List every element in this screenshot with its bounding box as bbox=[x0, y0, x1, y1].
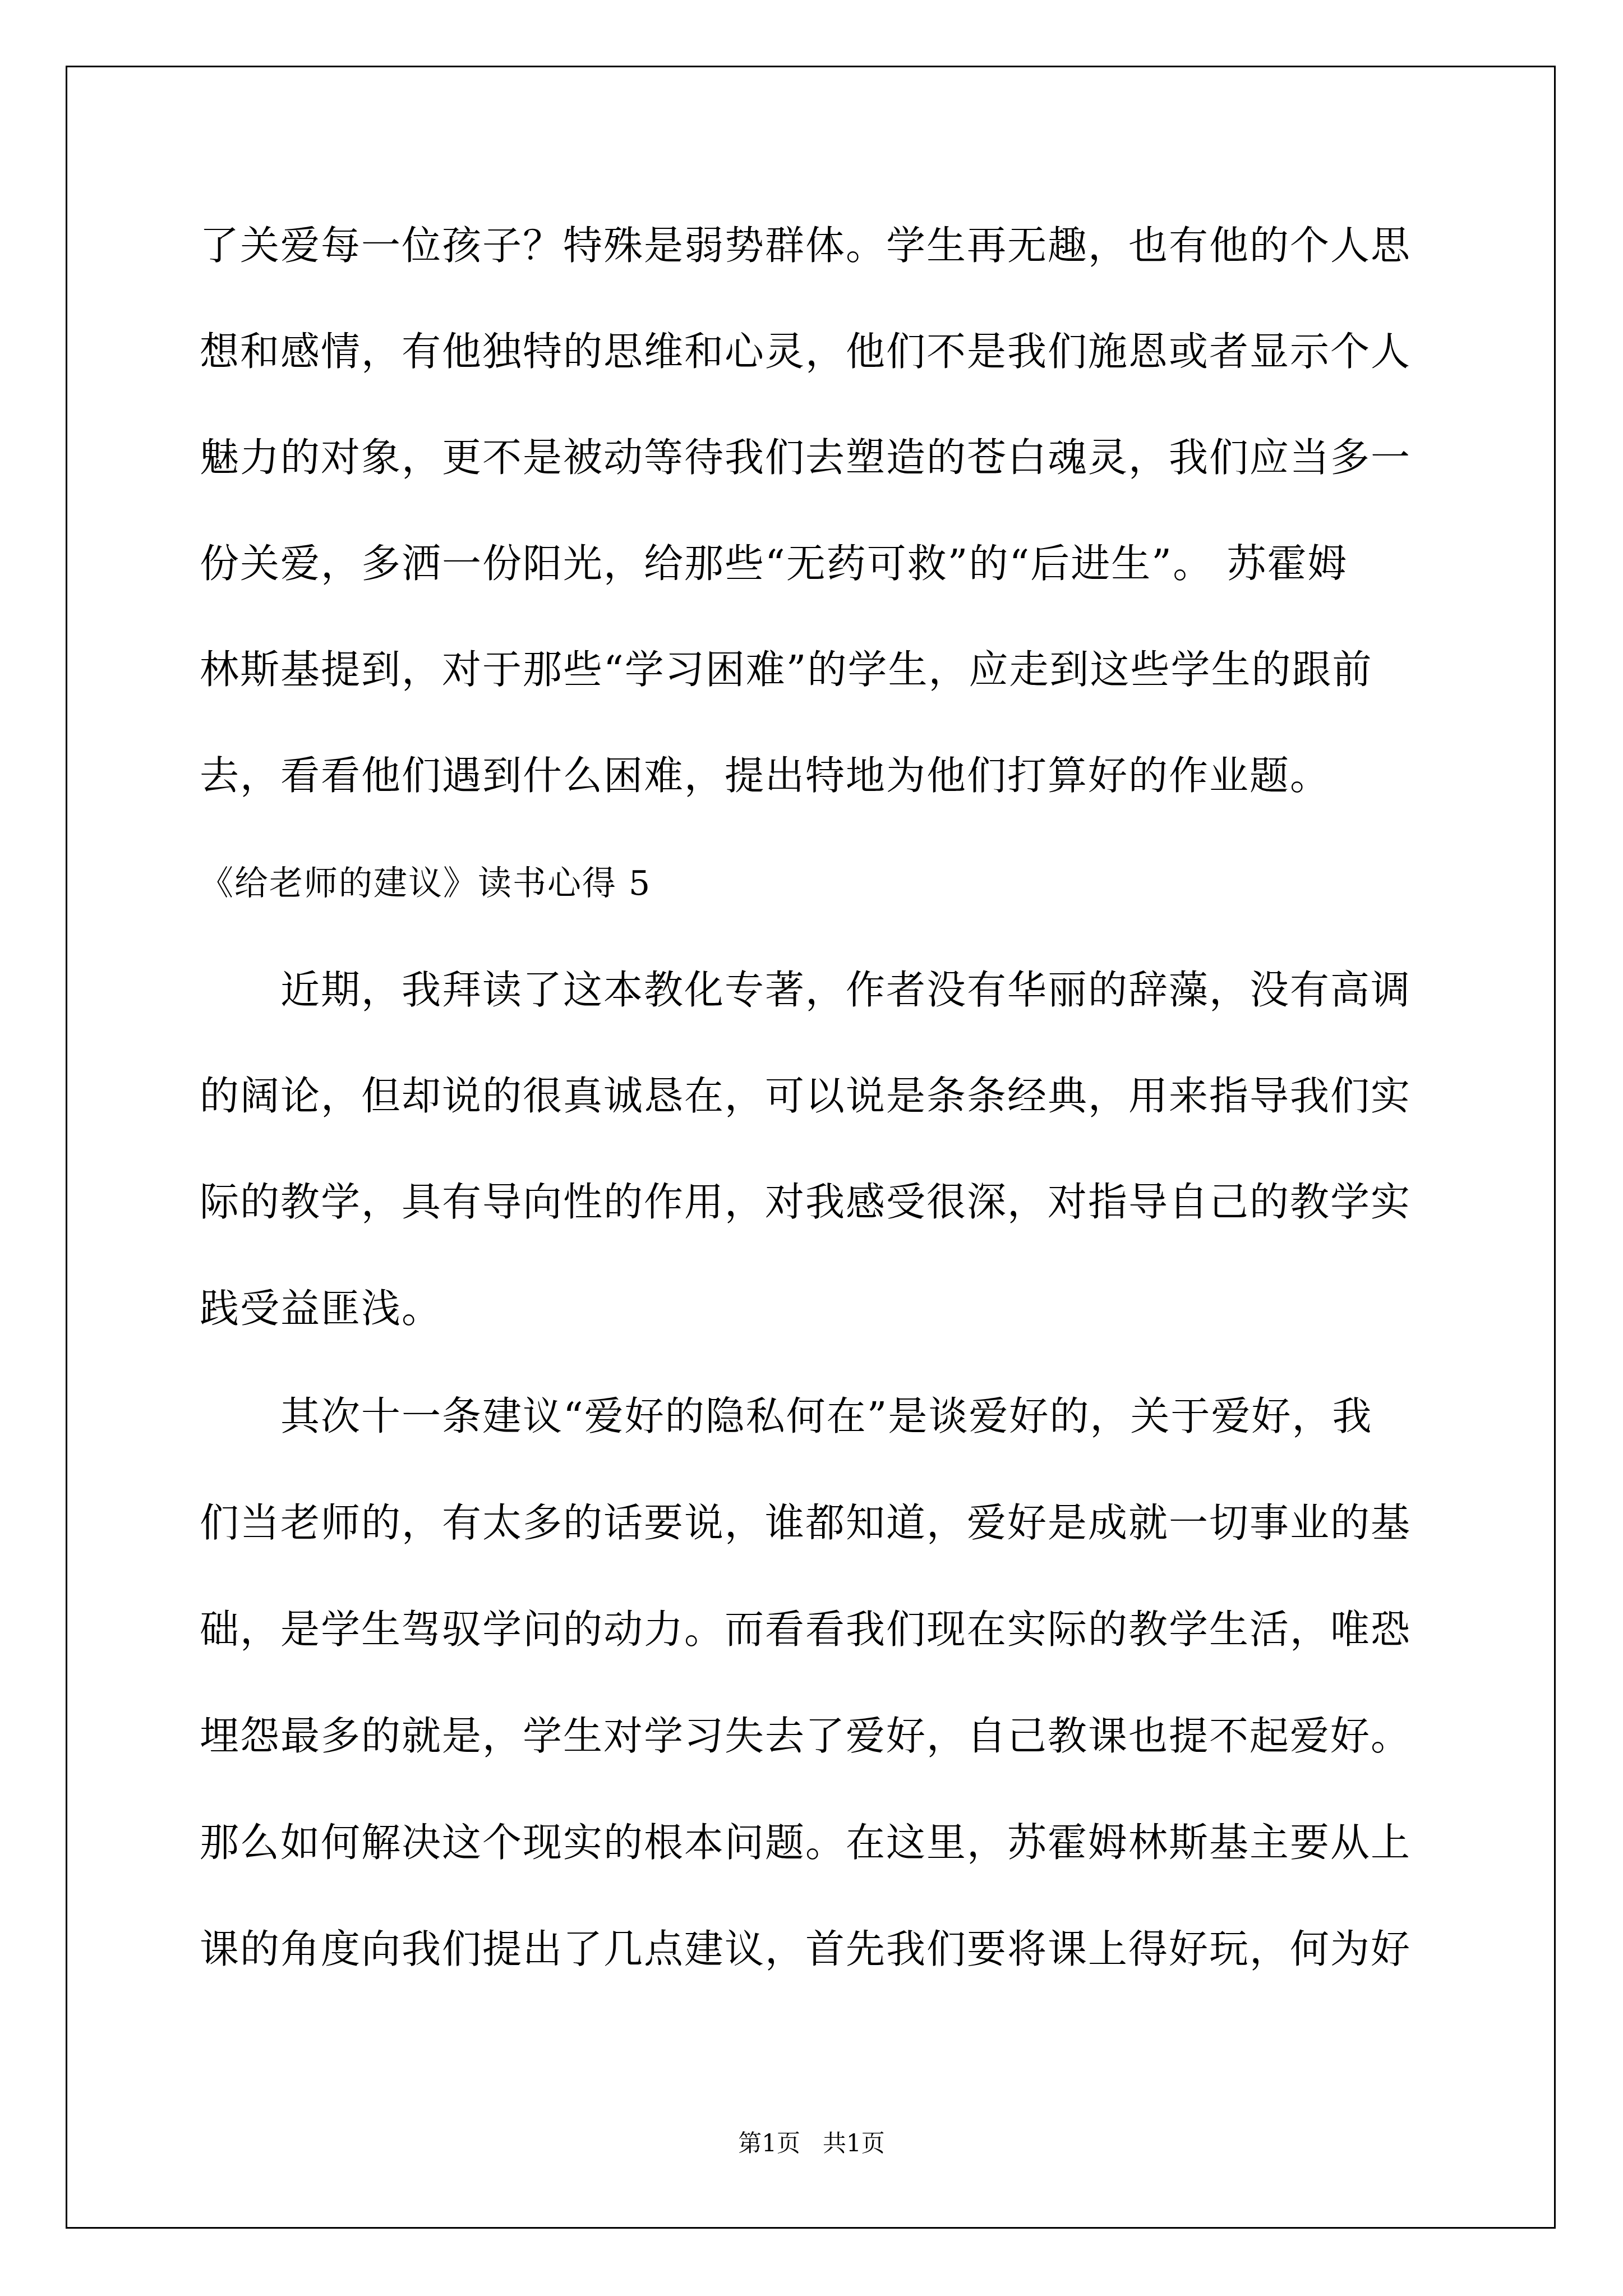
page-number-footer: 第1页 共1页 bbox=[0, 2129, 1623, 2157]
body-line: 的阔论，但却说的很真诚恳在，可以说是条条经典，用来指导我们实 bbox=[200, 1074, 1433, 1119]
body-line: 林斯基提到，对于那些“学习困难”的学生，应走到这些学生的跟前 bbox=[200, 647, 1433, 692]
section-heading: 《给老师的建议》读书心得 5 bbox=[200, 864, 651, 903]
body-line: 础，是学生驾驭学问的动力。而看看我们现在实际的教学生活，唯恐 bbox=[200, 1607, 1433, 1652]
body-line: 埋怨最多的就是，学生对学习失去了爱好，自己教课也提不起爱好。 bbox=[200, 1714, 1433, 1759]
body-line: 那么如何解决这个现实的根本问题。在这里，苏霍姆林斯基主要从上 bbox=[200, 1820, 1433, 1865]
body-line: 想和感情，有他独特的思维和心灵，他们不是我们施恩或者显示个人 bbox=[200, 329, 1433, 374]
body-line: 们当老师的，有太多的话要说，谁都知道，爱好是成就一切事业的基 bbox=[200, 1501, 1433, 1545]
body-line: 近期，我拜读了这本教化专著，作者没有华丽的辞藻，没有高调 bbox=[280, 968, 1514, 1013]
body-line: 际的教学，具有导向性的作用，对我感受很深，对指导自己的教学实 bbox=[200, 1180, 1433, 1225]
body-line: 魅力的对象，更不是被动等待我们去塑造的苍白魂灵，我们应当多一 bbox=[200, 435, 1433, 480]
body-line: 了关爱每一位孩子？特殊是弱势群体。学生再无趣，也有他的个人思 bbox=[200, 223, 1433, 268]
body-line: 其次十一条建议“爱好的隐私何在”是谈爱好的，关于爱好，我 bbox=[280, 1394, 1514, 1439]
body-line: 份关爱，多洒一份阳光，给那些“无药可救”的“后进生”。 苏霍姆 bbox=[200, 541, 1433, 586]
body-line: 课的角度向我们提出了几点建议，首先我们要将课上得好玩，何为好 bbox=[200, 1927, 1433, 1972]
body-line: 践受益匪浅。 bbox=[200, 1286, 1433, 1331]
body-line: 去，看看他们遇到什么困难，提出特地为他们打算好的作业题。 bbox=[200, 753, 1433, 798]
page-frame bbox=[66, 66, 1556, 2229]
